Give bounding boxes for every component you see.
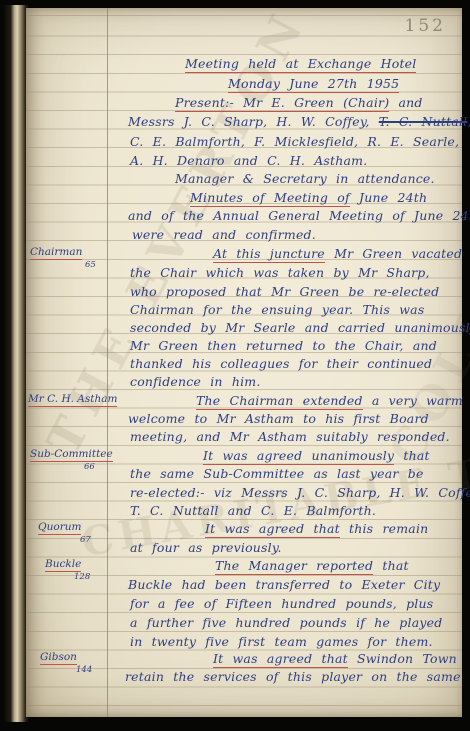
ink-text: retain the services of this player on th…: [125, 669, 461, 684]
handwritten-minutes: Meeting held at Exchange HotelMonday Jun…: [0, 0, 470, 731]
manuscript-line: Present:- Mr E. Green (Chair) and: [175, 96, 423, 110]
manuscript-line: thanked his colleagues for their continu…: [130, 357, 432, 371]
ink-text: seconded by Mr Searle and carried unanim…: [130, 320, 470, 335]
red-underlined-phrase: The Manager reported: [215, 558, 373, 575]
manuscript-line: It was agreed that this remain: [205, 522, 428, 536]
margin-heading: Quorum: [38, 521, 81, 535]
ink-text: and of the Annual General Meeting of Jun…: [128, 208, 470, 223]
ink-text: that: [373, 558, 409, 573]
red-underlined-phrase: It was agreed unanimously: [203, 448, 394, 465]
ink-text: A. H. Denaro and C. H. Astham.: [130, 153, 367, 168]
margin-heading: Buckle: [45, 558, 81, 572]
manuscript-line: at four as previously.: [130, 541, 282, 555]
manuscript-line: for a fee of Fifteen hundred pounds, plu…: [130, 597, 433, 611]
manuscript-line: Chairman for the ensuing year. This was: [130, 303, 424, 317]
ink-text: Messrs J. C. Sharp, H. W. Coffey,: [128, 114, 379, 129]
manuscript-line: Monday June 27th 1955: [228, 77, 399, 91]
ink-text: Chairman for the ensuing year. This was: [130, 302, 424, 317]
manuscript-line: T. C. Nuttall and C. E. Balmforth.: [130, 504, 376, 518]
ink-text: and: [389, 95, 422, 110]
manuscript-line: and of the Annual General Meeting of Jun…: [128, 209, 470, 223]
manuscript-line: At this juncture Mr Green vacated: [213, 247, 462, 261]
manuscript-line: the Chair which was taken by Mr Sharp,: [130, 266, 430, 280]
red-underlined-phrase: The Chairman extended: [196, 393, 363, 410]
ink-text: for a fee of Fifteen hundred pounds, plu…: [130, 596, 433, 611]
ink-text: welcome to Mr Astham to his first Board: [128, 411, 429, 426]
margin-minute-number: 144: [76, 665, 92, 675]
manuscript-line: A. H. Denaro and C. H. Astham.: [130, 154, 367, 168]
ink-text: a further five hundred pounds if he play…: [130, 615, 442, 630]
red-underlined-phrase: It was agreed that: [205, 521, 340, 538]
ink-text: the same Sub-Committee as last year be: [130, 466, 424, 481]
ink-text: a very warm: [363, 393, 463, 408]
ink-text: that: [394, 448, 430, 463]
manuscript-line: the same Sub-Committee as last year be: [130, 467, 424, 481]
manuscript-line: seconded by Mr Searle and carried unanim…: [130, 321, 470, 335]
manuscript-line: retain the services of this player on th…: [125, 670, 461, 684]
margin-heading: Sub-Committee: [30, 448, 113, 462]
margin-heading: Chairman: [30, 246, 82, 260]
margin-minute-number: 67: [80, 535, 91, 545]
ink-text: Swindon Town: [348, 651, 457, 666]
ink-text: this remain: [340, 521, 429, 536]
ink-text: re-elected:- viz Messrs J. C. Sharp, H. …: [130, 485, 470, 500]
ink-text: Manager & Secretary in attendance.: [175, 171, 435, 186]
ink-text: confidence in him.: [130, 374, 261, 389]
manuscript-line: Messrs J. C. Sharp, H. W. Coffey, T. C. …: [128, 115, 470, 129]
ink-text: June 24th: [350, 190, 427, 205]
manuscript-line: Manager & Secretary in attendance.: [175, 172, 435, 186]
manuscript-line: confidence in him.: [130, 375, 261, 389]
ink-text: the Chair which was taken by Mr Sharp,: [130, 265, 430, 280]
ink-text: meeting, and Mr Astham suitably responde…: [130, 429, 450, 444]
red-underlined-phrase: Monday June 27th 1955: [228, 76, 399, 93]
struck-through-name: T. C. Nuttall: [379, 114, 468, 129]
manuscript-line: Minutes of Meeting of June 24th: [190, 191, 427, 205]
manuscript-line: were read and confirmed.: [132, 228, 316, 242]
ink-text: T. C. Nuttall and C. E. Balmforth.: [130, 503, 376, 518]
manuscript-line: The Manager reported that: [215, 559, 409, 573]
margin-heading: Gibson: [40, 651, 77, 665]
margin-minute-number: 66: [84, 462, 95, 472]
ink-text: at four as previously.: [130, 540, 282, 555]
ink-text: Buckle had been transferred to Exeter Ci…: [128, 577, 440, 592]
red-underlined-phrase: It was agreed that: [213, 651, 348, 668]
minute-book-photo: THE EVERTON CHARITABLE TRUST COLLECTION …: [0, 0, 470, 731]
margin-heading: Mr C. H. Astham: [28, 393, 117, 407]
red-underlined-phrase: Meeting held at Exchange Hotel: [185, 56, 416, 73]
manuscript-line: Meeting held at Exchange Hotel: [185, 57, 416, 71]
ink-text: Mr Green vacated: [325, 246, 462, 261]
red-underlined-phrase: Present:- Mr E. Green (Chair): [175, 95, 389, 112]
manuscript-line: meeting, and Mr Astham suitably responde…: [130, 430, 450, 444]
manuscript-line: who proposed that Mr Green be re-elected: [130, 285, 439, 299]
red-underlined-phrase: At this juncture: [213, 246, 325, 263]
ink-text: thanked his colleagues for their continu…: [130, 356, 432, 371]
manuscript-line: The Chairman extended a very warm: [196, 394, 463, 408]
ink-text: who proposed that Mr Green be re-elected: [130, 284, 439, 299]
red-underlined-phrase: Minutes of Meeting of: [190, 190, 350, 207]
margin-minute-number: 128: [74, 572, 90, 582]
manuscript-line: C. E. Balmforth, F. Micklesfield, R. E. …: [130, 135, 459, 149]
manuscript-line: Buckle had been transferred to Exeter Ci…: [128, 578, 440, 592]
manuscript-line: It was agreed unanimously that: [203, 449, 430, 463]
manuscript-line: It was agreed that Swindon Town: [213, 652, 457, 666]
ink-text: C. E. Balmforth, F. Micklesfield, R. E. …: [130, 134, 459, 149]
manuscript-line: welcome to Mr Astham to his first Board: [128, 412, 429, 426]
manuscript-line: a further five hundred pounds if he play…: [130, 616, 442, 630]
ink-text: were read and confirmed.: [132, 227, 316, 242]
manuscript-line: Mr Green then returned to the Chair, and: [130, 339, 437, 353]
ink-text: in twenty five first team games for them…: [130, 634, 433, 649]
margin-minute-number: 65: [85, 260, 96, 270]
manuscript-line: in twenty five first team games for them…: [130, 635, 433, 649]
ink-text: Mr Green then returned to the Chair, and: [130, 338, 437, 353]
manuscript-line: re-elected:- viz Messrs J. C. Sharp, H. …: [130, 486, 470, 500]
